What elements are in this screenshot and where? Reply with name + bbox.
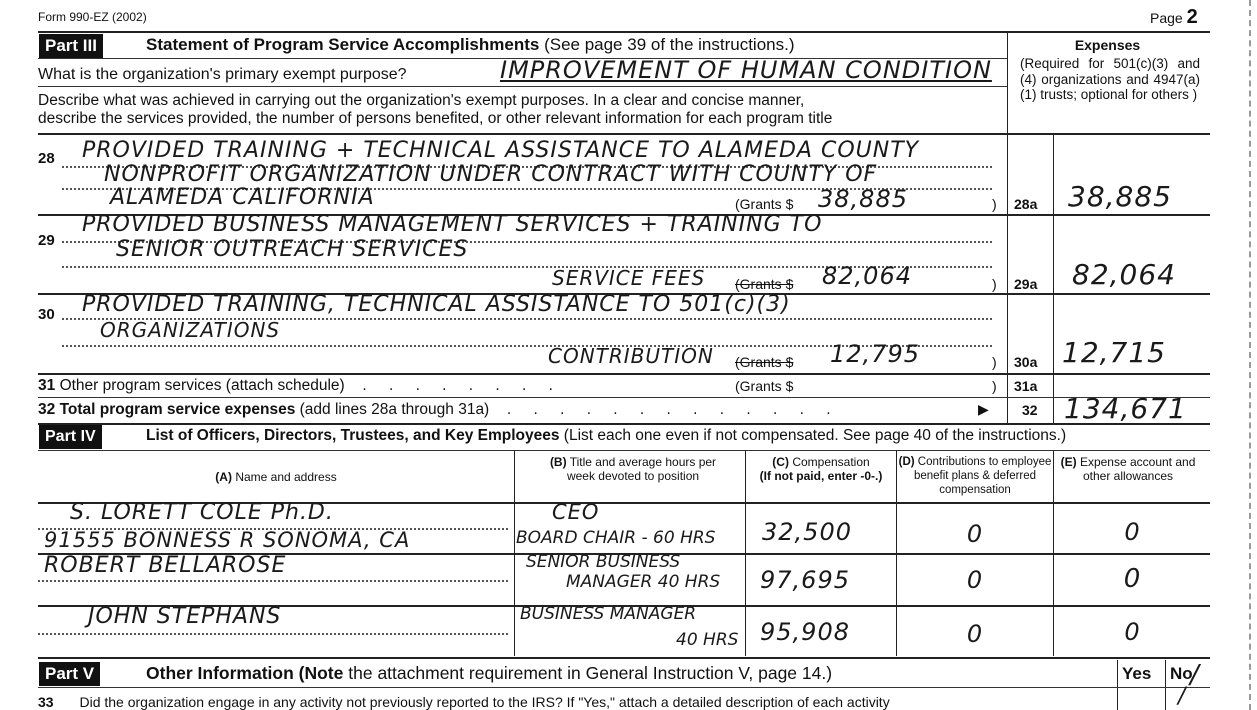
part3-title-row: Statement of Program Service Accomplishm… <box>146 35 795 55</box>
line28-desc-2[interactable]: NONPROFIT ORGANIZATION UNDER CONTRACT WI… <box>104 162 877 187</box>
page-label: Page <box>1150 10 1183 26</box>
col-label: Expense account and other allowances <box>1080 455 1195 483</box>
line-number: 29 <box>38 232 55 249</box>
divider <box>38 133 1210 135</box>
officer-2-compensation[interactable]: 97,695 <box>760 566 850 594</box>
col-key: (C) <box>772 455 789 469</box>
officer-3-benefits[interactable]: 0 <box>898 620 1052 648</box>
expenses-header: Expenses <box>1010 37 1205 53</box>
line30-grants-prefix[interactable]: CONTRIBUTION <box>548 344 714 368</box>
expenses-note: (Required for 501(c)(3) and (4) organiza… <box>1020 56 1200 103</box>
col-label: Contributions to employee benefit plans … <box>914 456 1051 496</box>
line-number: 28 <box>38 150 55 167</box>
no-col-divider <box>1165 660 1166 710</box>
line28-desc-3[interactable]: ALAMEDA CALIFORNIA <box>110 185 375 210</box>
officer-3-title-2[interactable]: 40 HRS <box>676 630 738 650</box>
amount-col-divider <box>1053 133 1054 424</box>
form-id: Form 990-EZ (2002) <box>38 10 147 24</box>
part4-title-row: List of Officers, Directors, Trustees, a… <box>146 427 1066 445</box>
part5-badge: Part V <box>39 662 100 686</box>
purpose-question: What is the organization's primary exemp… <box>38 66 407 84</box>
part5-note: the attachment requirement in General In… <box>348 663 832 683</box>
paren: ) <box>992 354 997 370</box>
no-checkmark-icon[interactable]: / <box>1190 660 1200 690</box>
dotted-rule <box>38 633 508 635</box>
col-sub: (If not paid, enter -0-.) <box>760 469 883 483</box>
divider <box>38 373 1210 375</box>
dotted-rule <box>38 580 508 582</box>
line-number: 32 <box>38 401 55 418</box>
line30-desc-1[interactable]: PROVIDED TRAINING, TECHNICAL ASSISTANCE … <box>82 292 791 317</box>
officer-1-expense[interactable]: 0 <box>1055 518 1210 546</box>
officer-2-title-2[interactable]: MANAGER 40 HRS <box>566 572 720 592</box>
purpose-answer[interactable]: IMPROVEMENT OF HUMAN CONDITION <box>500 56 992 84</box>
officer-1-compensation[interactable]: 32,500 <box>762 518 852 546</box>
col-e-header: (E) Expense account and other allowances <box>1058 455 1198 483</box>
officer-3-name[interactable]: JOHN STEPHANS <box>88 604 281 629</box>
officer-1-address[interactable]: 91555 BONNESS R SONOMA, CA <box>44 528 410 552</box>
checkmark-icon: / <box>1178 684 1186 709</box>
col-label: Title and average hours per week devoted… <box>567 455 716 483</box>
officer-3-expense[interactable]: 0 <box>1055 618 1210 646</box>
line28-grants-label: (Grants $ <box>735 196 793 212</box>
col-key: (E) <box>1061 455 1077 469</box>
describe-line1: Describe what was achieved in carrying o… <box>38 92 832 110</box>
officer-1-title-2[interactable]: BOARD CHAIR - 60 HRS <box>516 528 715 548</box>
line29-desc-1[interactable]: PROVIDED BUSINESS MANAGEMENT SERVICES + … <box>82 212 822 237</box>
divider <box>38 687 1210 688</box>
expenses-col-divider <box>1007 32 1008 424</box>
line30a-code: 30a <box>1014 354 1037 370</box>
line28-grants-value[interactable]: 38,885 <box>818 185 908 213</box>
officer-3-title-1[interactable]: BUSINESS MANAGER <box>520 604 696 624</box>
line29a-amount[interactable]: 82,064 <box>1072 258 1176 291</box>
line29-grants-label: (Grants $ <box>735 276 793 292</box>
page-indicator: Page 2 <box>1150 6 1198 29</box>
col-key: (A) <box>215 470 232 484</box>
line33-no-checkbox[interactable]: / <box>1176 688 1204 710</box>
line29-grants-prefix[interactable]: SERVICE FEES <box>552 266 705 290</box>
col-label: Name and address <box>235 470 336 484</box>
part3-title-note: (See page 39 of the instructions.) <box>544 35 794 54</box>
divider <box>38 423 1210 425</box>
line31-row: 31 Other program services (attach schedu… <box>38 377 562 395</box>
arrow-icon: ▶ <box>978 401 989 418</box>
line31a-code: 31a <box>1014 378 1037 394</box>
line32-label-bold: Total program service expenses <box>60 401 296 418</box>
officer-2-title-1[interactable]: SENIOR BUSINESS <box>526 552 680 572</box>
line29-desc-2[interactable]: SENIOR OUTREACH SERVICES <box>116 237 468 262</box>
col-a-header: (A) Name and address <box>38 470 514 484</box>
paren: ) <box>992 196 997 212</box>
paren: ) <box>992 276 997 292</box>
col-b-header: (B) Title and average hours per week dev… <box>548 455 718 483</box>
page-number: 2 <box>1187 6 1198 28</box>
divider <box>38 31 1210 33</box>
line32-amount[interactable]: 134,671 <box>1064 392 1187 425</box>
part4-title: List of Officers, Directors, Trustees, a… <box>146 427 559 444</box>
part4-title-note: (List each one even if not compensated. … <box>564 427 1066 444</box>
line32-row: 32 Total program service expenses (add l… <box>38 401 840 419</box>
line-number: 30 <box>38 306 55 323</box>
line28a-amount[interactable]: 38,885 <box>1068 180 1172 213</box>
line33-row: 33 Did the organization engage in any ac… <box>38 694 890 710</box>
officer-1-title-1[interactable]: CEO <box>552 500 599 524</box>
line32-label-rest: (add lines 28a through 31a) <box>300 401 490 418</box>
line-number: 31 <box>38 377 55 394</box>
col-label: Compensation <box>792 455 869 469</box>
officer-2-expense[interactable]: 0 <box>1055 564 1210 594</box>
yes-col-divider <box>1117 660 1118 710</box>
line28a-code: 28a <box>1014 196 1037 212</box>
divider <box>38 397 1210 398</box>
describe-instructions: Describe what was achieved in carrying o… <box>38 92 832 128</box>
divider <box>38 657 1210 659</box>
line-number: 33 <box>38 694 54 710</box>
line30-desc-2[interactable]: ORGANIZATIONS <box>100 318 280 342</box>
paren: ) <box>992 378 997 394</box>
part4-badge: Part IV <box>39 425 102 449</box>
divider <box>38 450 1210 451</box>
line30-grants-label: (Grants $ <box>735 354 793 370</box>
part5-title: Other Information <box>146 663 294 683</box>
line28-desc-1[interactable]: PROVIDED TRAINING + TECHNICAL ASSISTANCE… <box>82 138 919 163</box>
line33-text: Did the organization engage in any activ… <box>79 694 889 710</box>
line31-label: Other program services (attach schedule) <box>60 377 345 394</box>
line30-grants-value[interactable]: 12,795 <box>830 340 920 368</box>
line29-grants-value[interactable]: 82,064 <box>822 262 912 290</box>
line31-grants-label: (Grants $ <box>735 378 793 394</box>
part3-badge: Part III <box>39 34 103 58</box>
describe-line2: describe the services provided, the numb… <box>38 110 832 128</box>
yes-label: Yes <box>1122 664 1151 684</box>
officer-3-compensation[interactable]: 95,908 <box>760 618 850 646</box>
col-c-header: (C) Compensation (If not paid, enter -0-… <box>748 455 894 483</box>
col-key: (D) <box>899 456 915 468</box>
line29a-code: 29a <box>1014 276 1037 292</box>
officer-1-name[interactable]: S. LORETT COLE Ph.D. <box>70 500 334 525</box>
part3-title: Statement of Program Service Accomplishm… <box>146 35 539 54</box>
col-d-header: (D) Contributions to employee benefit pl… <box>898 455 1052 497</box>
officer-1-benefits[interactable]: 0 <box>898 520 1052 548</box>
part5-note-bold: (Note <box>299 663 344 683</box>
officer-2-name[interactable]: ROBERT BELLAROSE <box>44 553 286 578</box>
scan-edge <box>1249 0 1251 710</box>
line32-code: 32 <box>1022 402 1038 418</box>
divider <box>38 86 1007 87</box>
line30a-amount[interactable]: 12,715 <box>1062 336 1166 369</box>
col-key: (B) <box>550 455 567 469</box>
officer-2-benefits[interactable]: 0 <box>898 566 1052 594</box>
part5-title-row: Other Information (Note the attachment r… <box>146 663 832 684</box>
